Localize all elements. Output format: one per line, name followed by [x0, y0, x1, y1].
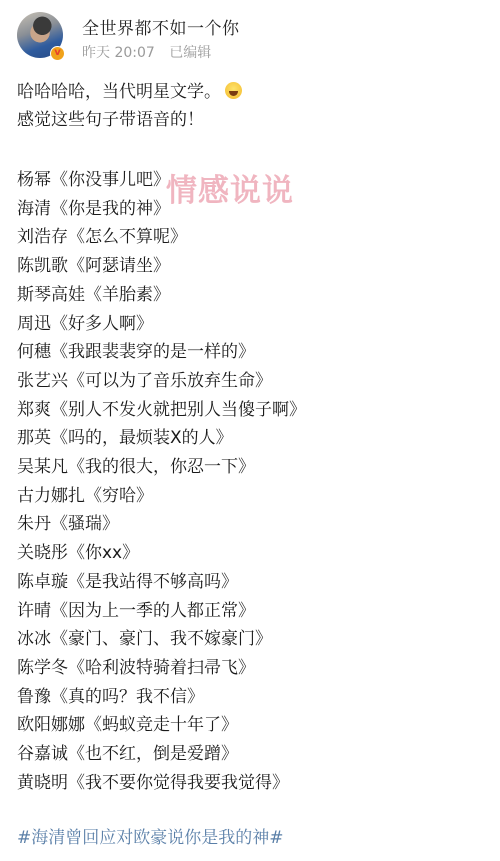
list-item: 杨幂《你没事儿吧》	[17, 166, 306, 195]
list-item: 周迅《好多人啊》	[17, 310, 306, 339]
list-item: 陈学冬《哈利波特骑着扫帚飞》	[17, 654, 306, 683]
list-item: 陈卓璇《是我站得不够高吗》	[17, 568, 306, 597]
list-item: 斯琴高娃《羊胎素》	[17, 281, 306, 310]
edited-label[interactable]: 已编辑	[169, 45, 211, 61]
intro-text-1: 哈哈哈哈，当代明星文学。	[17, 82, 221, 102]
list-item: 谷嘉诚《也不红，倒是爱蹭》	[17, 740, 306, 769]
list-item: 何穗《我跟裴裴穿的是一样的》	[17, 338, 306, 367]
list-item: 郑爽《别人不发火就把别人当傻子啊》	[17, 396, 306, 425]
list-item: 那英《吗的，最烦装X的人》	[17, 424, 306, 453]
list-item: 欧阳娜娜《蚂蚁竞走十年了》	[17, 711, 306, 740]
verified-badge-icon: v	[50, 46, 65, 61]
list-item: 刘浩存《怎么不算呢》	[17, 223, 306, 252]
post-intro: 哈哈哈哈，当代明星文学。 感觉这些句子带语音的！	[17, 78, 242, 134]
post-header: v 全世界都不如一个你 昨天 20:07 已编辑	[17, 12, 487, 62]
post-meta: 昨天 20:07 已编辑	[82, 42, 221, 62]
list-item: 张艺兴《可以为了音乐放弃生命》	[17, 367, 306, 396]
intro-line-1: 哈哈哈哈，当代明星文学。	[17, 78, 242, 106]
list-item: 海清《你是我的神》	[17, 195, 306, 224]
list-item: 古力娜扎《穷哈》	[17, 482, 306, 511]
list-item: 黄晓明《我不要你觉得我要我觉得》	[17, 769, 306, 798]
author-username[interactable]: 全世界都不如一个你	[82, 14, 240, 39]
list-item: 朱丹《骚瑞》	[17, 510, 306, 539]
hashtag-link[interactable]: #海清曾回应对欧豪说你是我的神#	[17, 823, 284, 848]
list-item: 鲁豫《真的吗？我不信》	[17, 683, 306, 712]
list-item: 冰冰《豪门、豪门、我不嫁豪门》	[17, 625, 306, 654]
list-item: 许晴《因为上一季的人都正常》	[17, 597, 306, 626]
list-item: 吴某凡《我的很大，你忍一下》	[17, 453, 306, 482]
intro-line-2: 感觉这些句子带语音的！	[17, 106, 242, 134]
celebrity-quote-list: 杨幂《你没事儿吧》 海清《你是我的神》 刘浩存《怎么不算呢》 陈凯歌《阿瑟请坐》…	[17, 166, 306, 797]
list-item: 陈凯歌《阿瑟请坐》	[17, 252, 306, 281]
laughing-emoji-icon	[225, 82, 242, 99]
post-timestamp: 昨天 20:07	[82, 45, 155, 61]
list-item: 关晓彤《你xx》	[17, 539, 306, 568]
